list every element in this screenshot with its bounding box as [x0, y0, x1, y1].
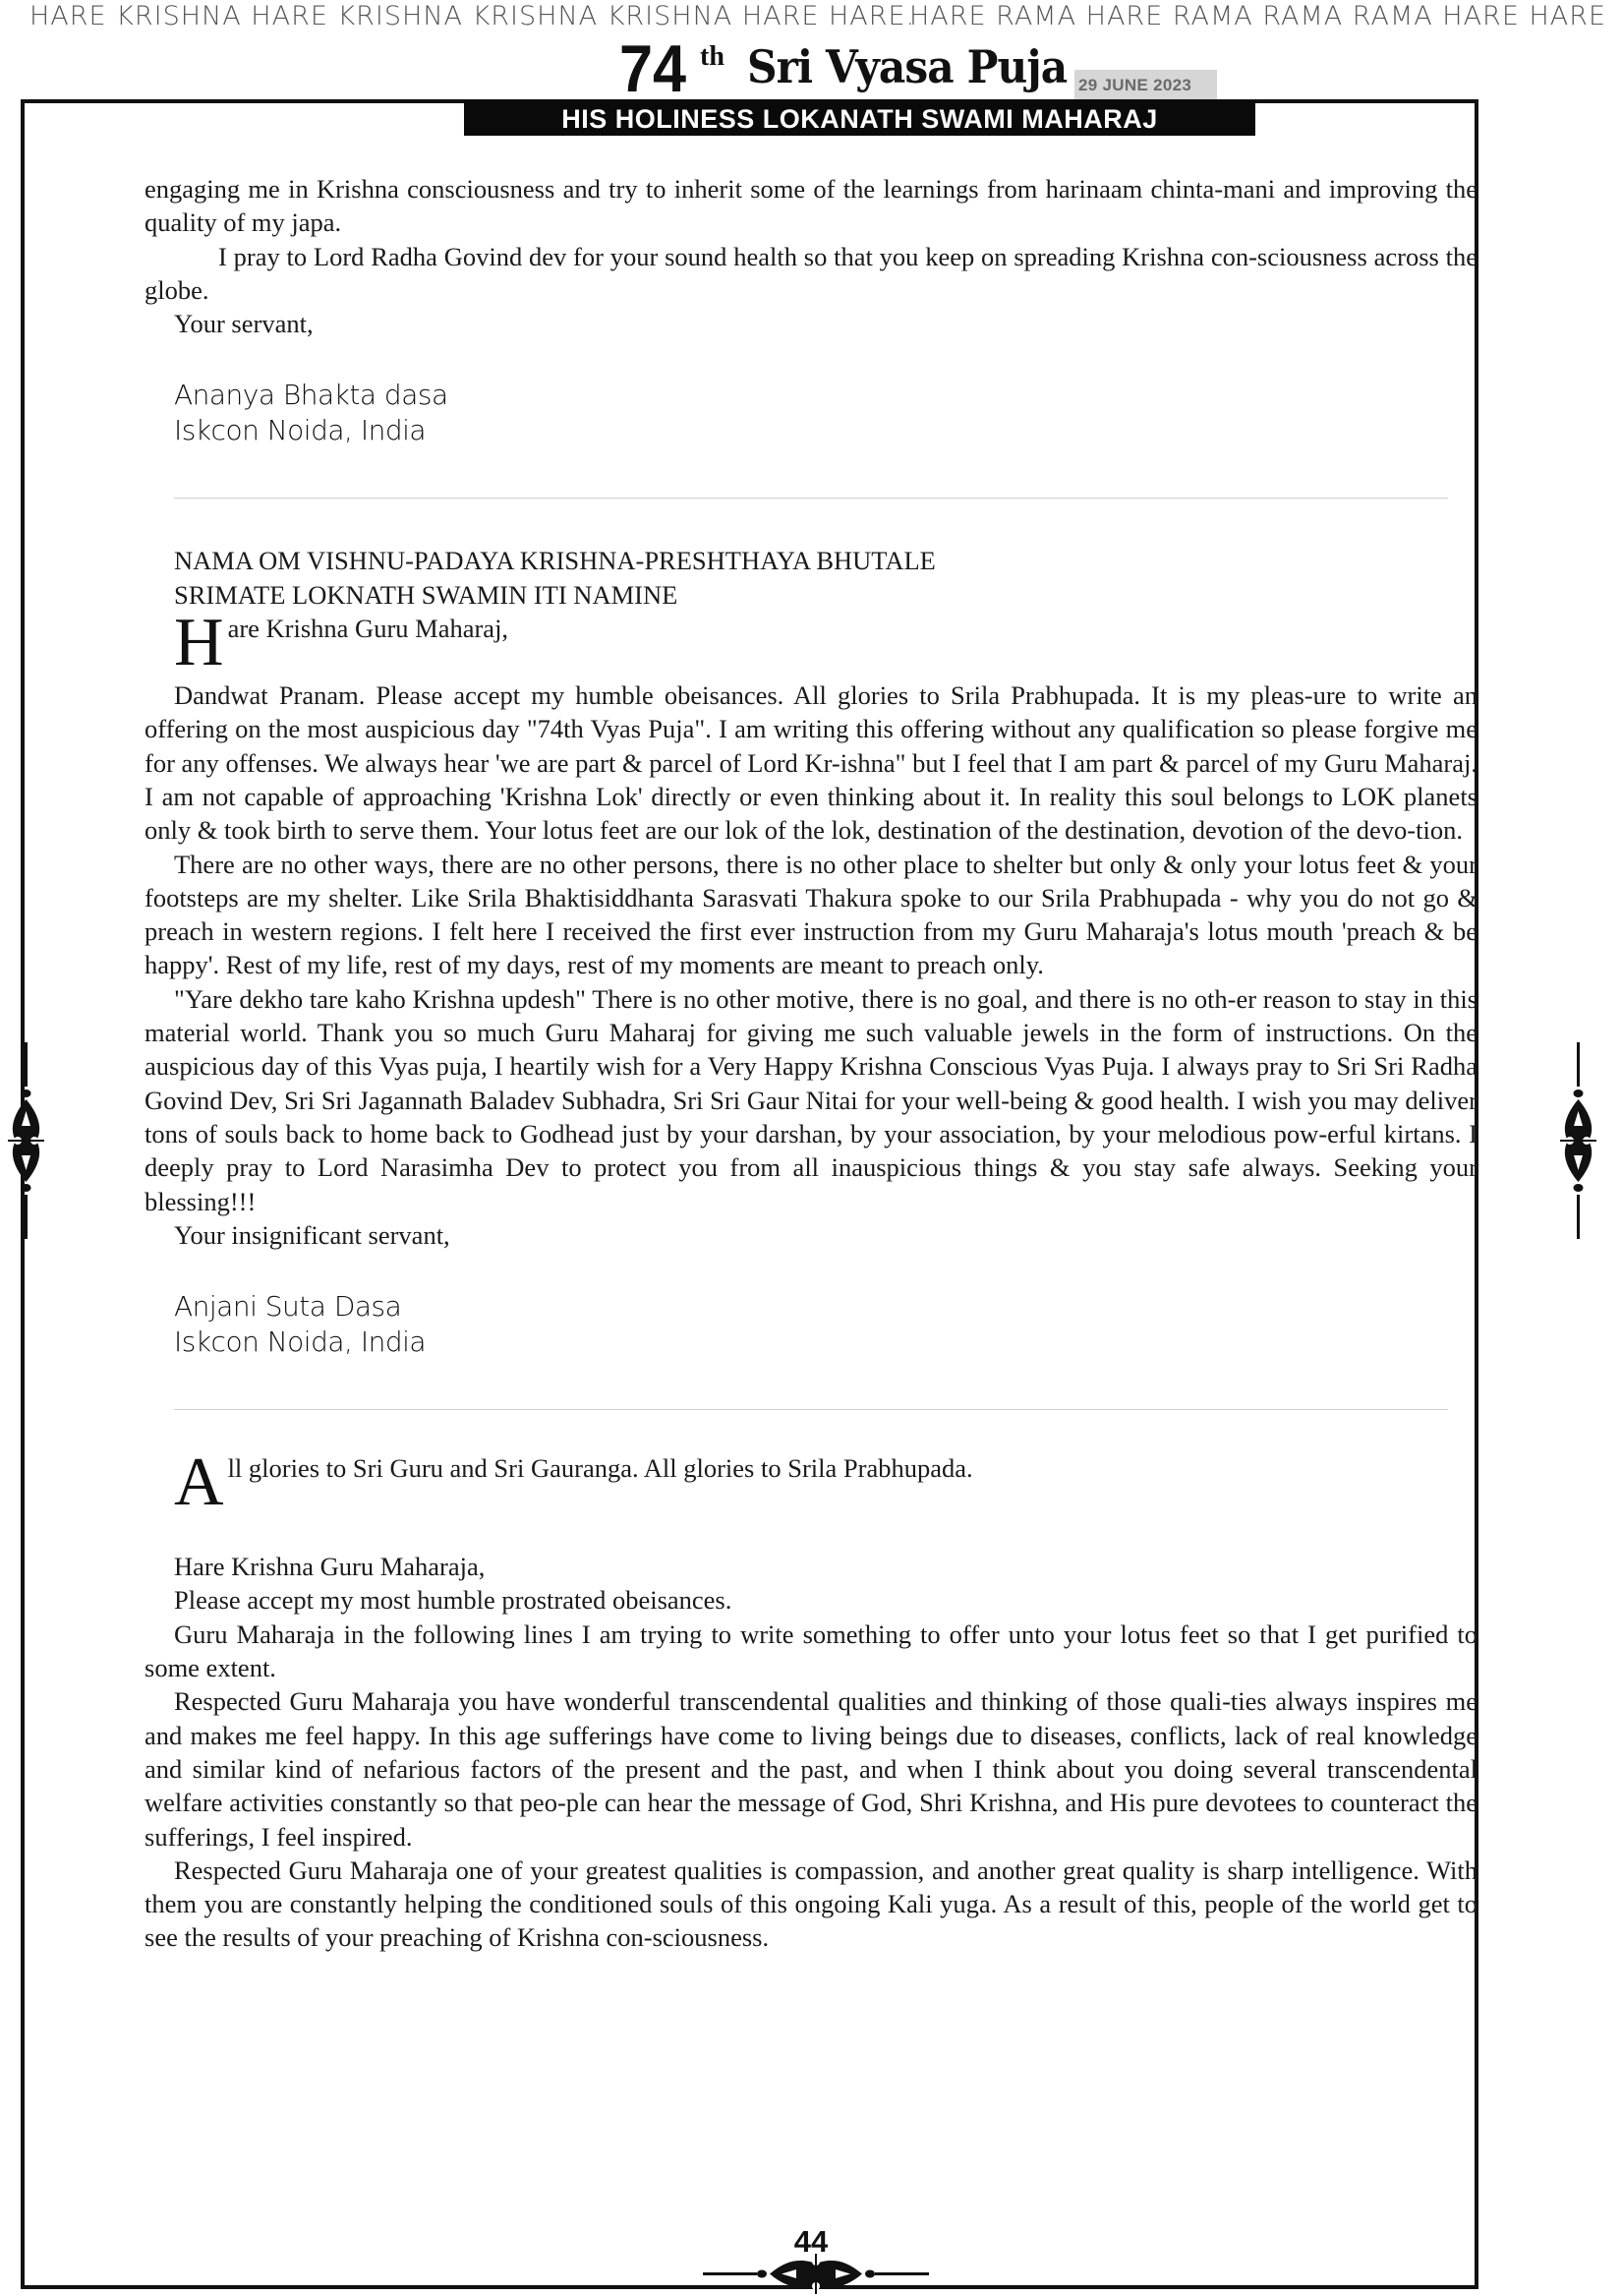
title-text: Sri Vyasa Puja: [747, 37, 1067, 96]
paragraph: Guru Maharaja in the following lines I a…: [145, 1618, 1477, 1685]
section-divider: [174, 1409, 1448, 1410]
date-badge: 29 JUNE 2023: [1074, 70, 1217, 99]
opening-line: A ll glories to Sri Guru and Sri Gaurang…: [145, 1451, 1477, 1550]
opening-text: ll glories to Sri Guru and Sri Gauranga.…: [228, 1453, 973, 1483]
paragraph: engaging me in Krishna consciousness and…: [145, 172, 1477, 240]
title-number: 74: [619, 35, 686, 102]
invocation-line: NAMA OM VISHNU-PADAYA KRISHNA-PRESHTHAYA…: [145, 544, 1477, 577]
greeting-text: are Krishna Guru Maharaj,: [228, 614, 509, 643]
paragraph: "Yare dekho tare kaho Krishna updesh" Th…: [145, 982, 1477, 1218]
title-superscript: th: [700, 41, 724, 73]
subtitle-bar: HIS HOLINESS LOKANATH SWAMI MAHARAJ: [464, 100, 1255, 136]
article-body: engaging me in Krishna consciousness and…: [145, 172, 1477, 1955]
paragraph: I pray to Lord Radha Govind dev for your…: [145, 240, 1477, 308]
greeting: Hare Krishna Guru Maharaja,: [145, 1550, 1477, 1583]
footer-ornament-icon: [703, 2252, 929, 2296]
offering-3: A ll glories to Sri Guru and Sri Gaurang…: [145, 1451, 1477, 1955]
greeting: H are Krishna Guru Maharaj,: [145, 612, 1477, 678]
paragraph: There are no other ways, there are no ot…: [145, 848, 1477, 982]
paragraph: Respected Guru Maharaja you have wonderf…: [145, 1684, 1477, 1853]
mantra-right: HARE RAMA HARE RAMA RAMA RAMA HARE HARE: [909, 1, 1606, 31]
offering-2: NAMA OM VISHNU-PADAYA KRISHNA-PRESHTHAYA…: [145, 544, 1477, 1410]
closing: Your insignificant servant,: [145, 1218, 1477, 1252]
signature-name: Anjani Suta Dasa: [145, 1289, 1477, 1325]
mantra-header: HARE KRISHNA HARE KRISHNA KRISHNA KRISHN…: [0, 0, 1622, 35]
drop-cap: A: [174, 1455, 224, 1510]
offering-1: engaging me in Krishna consciousness and…: [145, 172, 1477, 499]
paragraph: Respected Guru Maharaja one of your grea…: [145, 1854, 1477, 1955]
obeisance: Please accept my most humble prostrated …: [145, 1583, 1477, 1617]
signature-location: Iskcon Noida, India: [145, 1325, 1477, 1360]
left-ornament-icon: [6, 1042, 45, 1239]
drop-cap: H: [174, 616, 224, 671]
signature-location: Iskcon Noida, India: [145, 413, 1477, 448]
paragraph: Dandwat Pranam. Please accept my humble …: [145, 678, 1477, 847]
invocation-line: SRIMATE LOKNATH SWAMIN ITI NAMINE: [145, 578, 1477, 612]
mantra-left: HARE KRISHNA HARE KRISHNA KRISHNA KRISHN…: [29, 1, 915, 31]
section-divider: [174, 498, 1448, 499]
signature-name: Ananya Bhakta dasa: [145, 378, 1477, 413]
closing: Your servant,: [145, 307, 1477, 340]
right-ornament-icon: [1558, 1042, 1597, 1239]
